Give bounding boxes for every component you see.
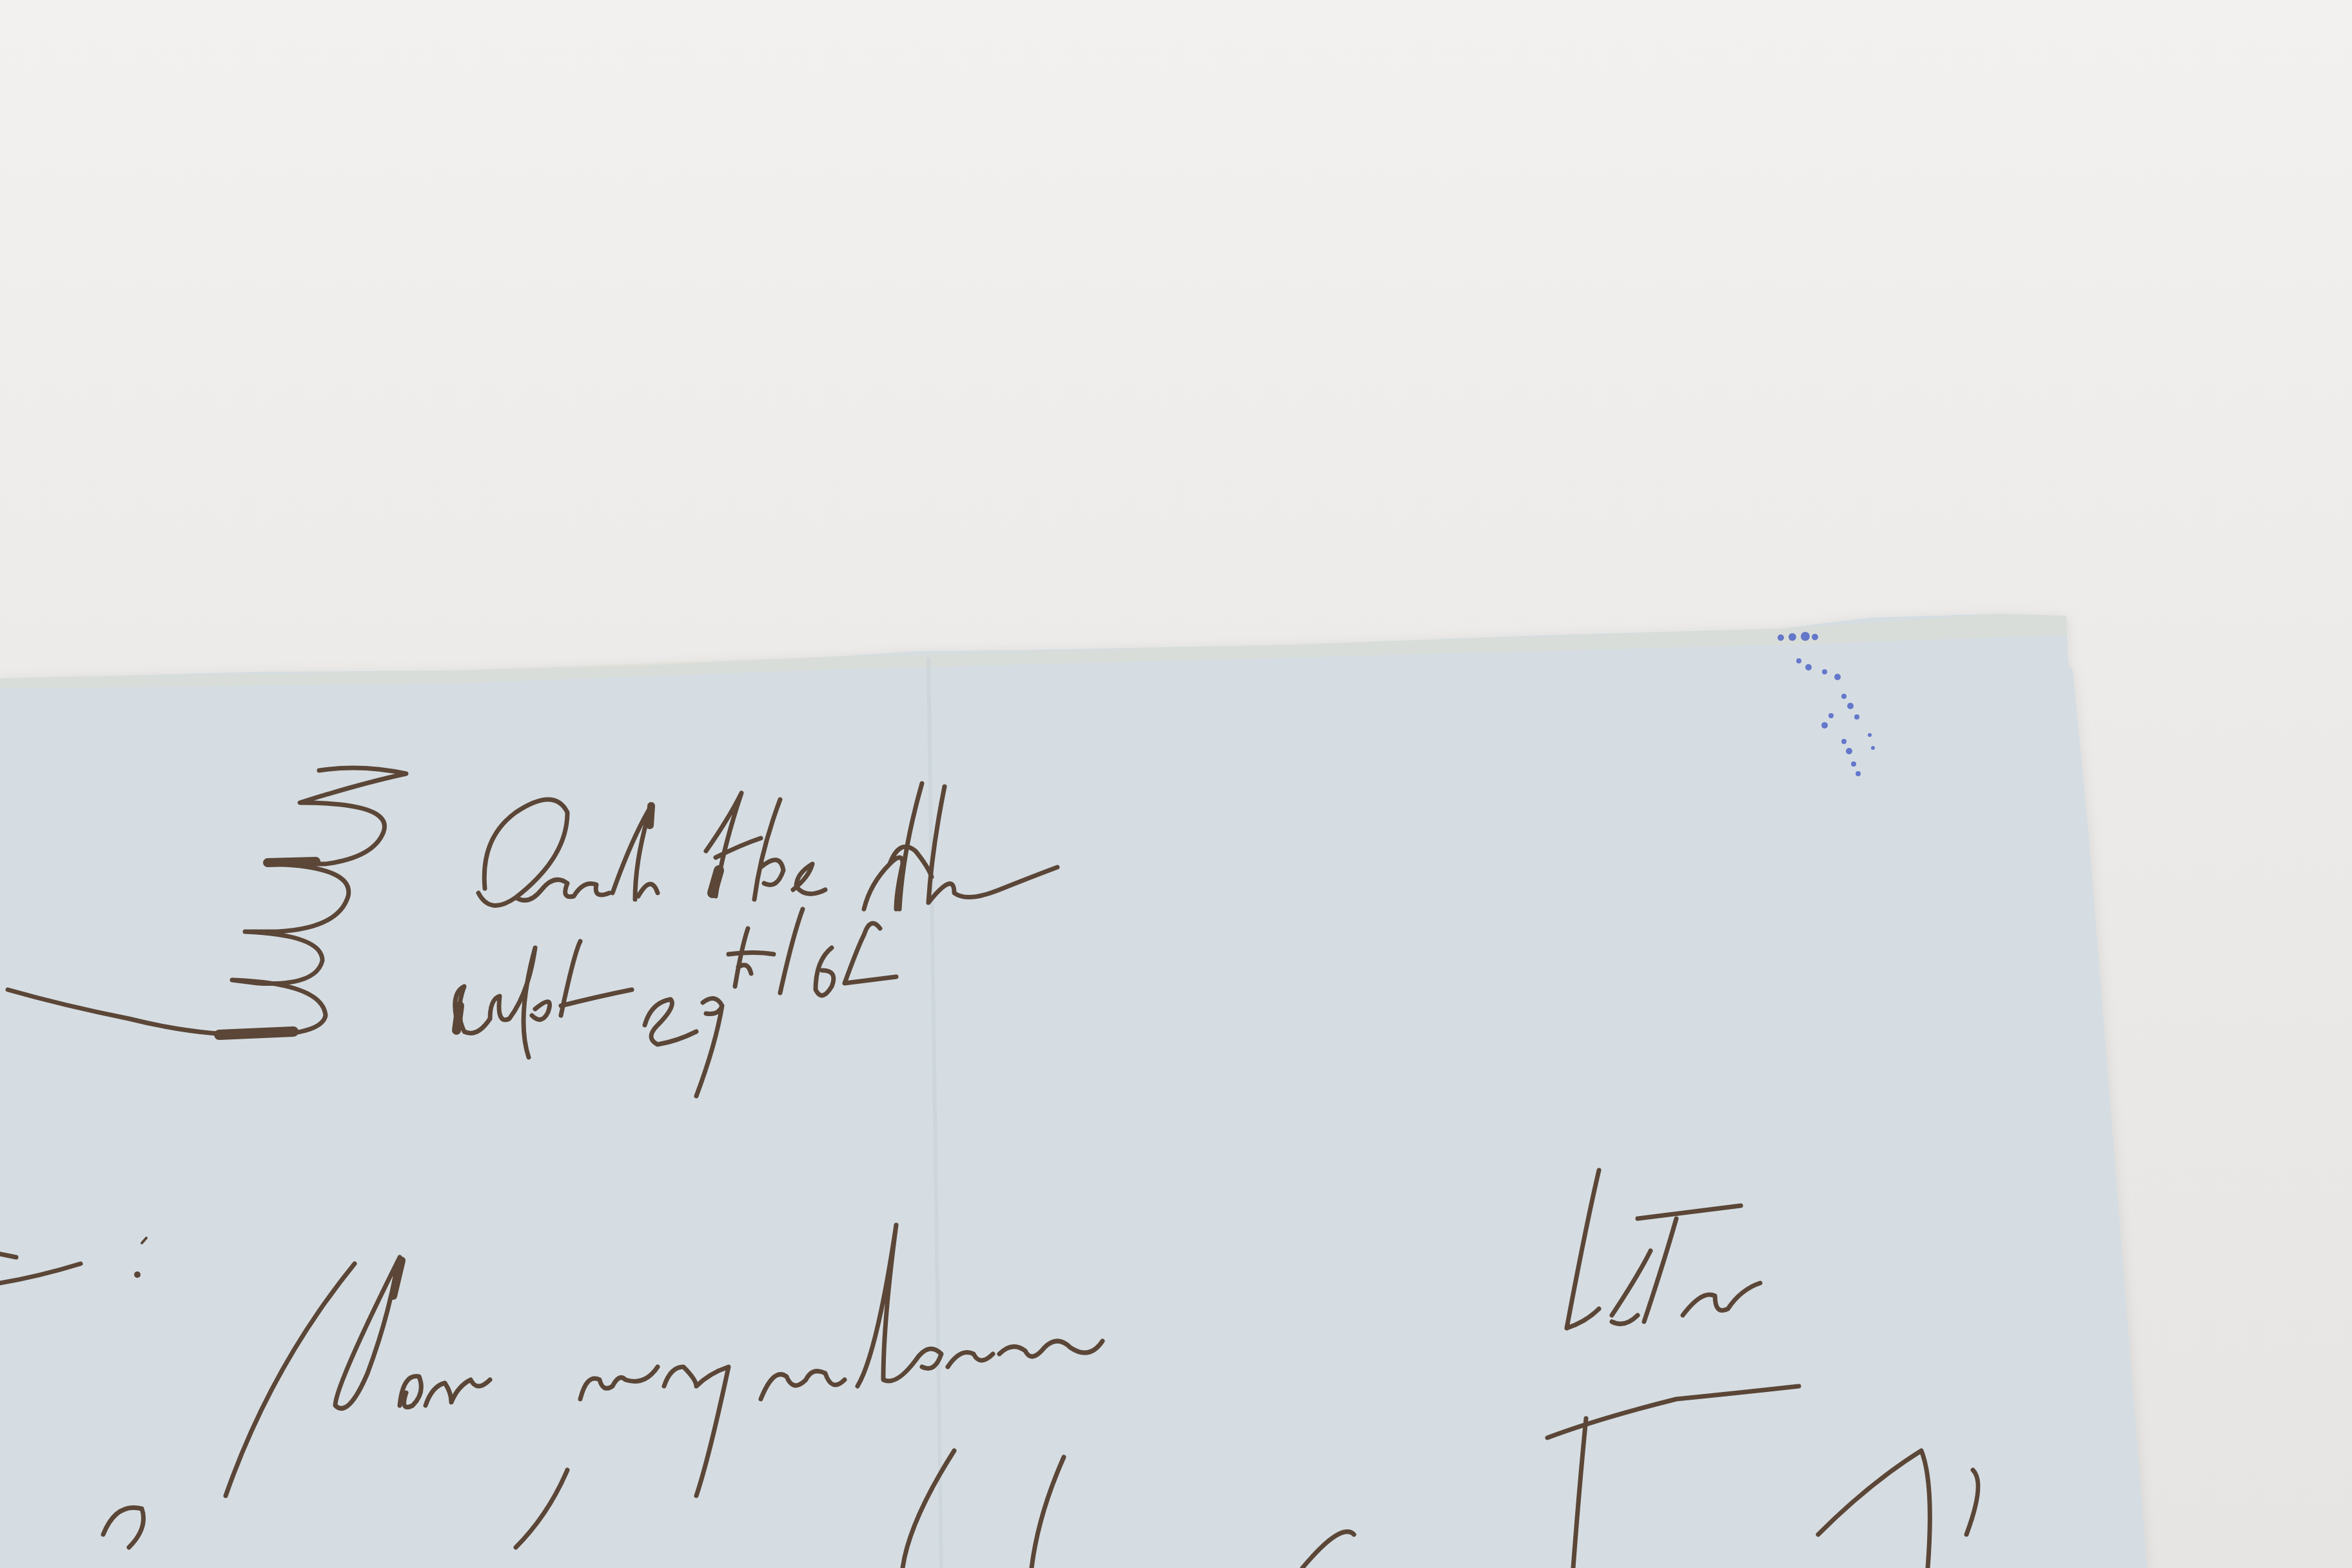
letter-photo: [0, 0, 2352, 1568]
paper-sheet: [0, 614, 2147, 1568]
